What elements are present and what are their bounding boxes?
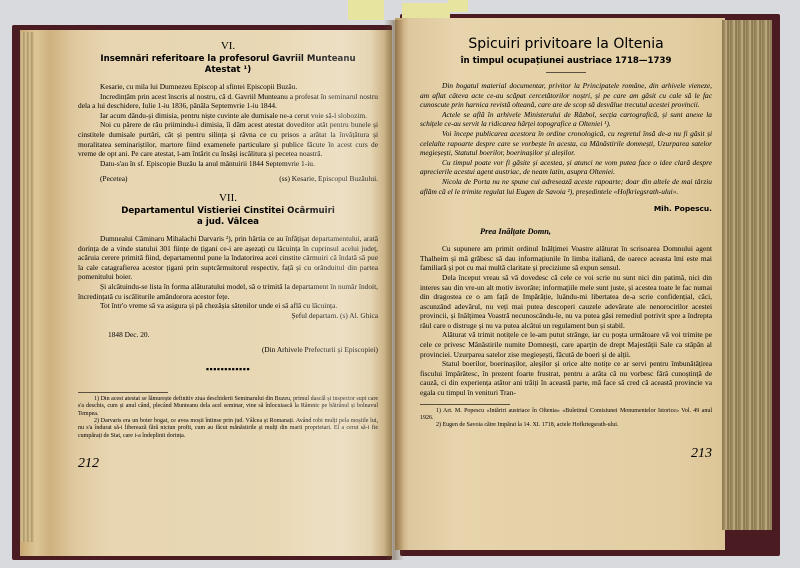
archive-source: (Din Arhivele Prefecturii și Episcopiei): [78, 345, 378, 354]
paragraph: Kesarie, cu mila lui Dumnezeu Episcop al…: [78, 82, 378, 92]
paragraph: Din bogatul material documentar, privito…: [420, 81, 712, 110]
signature: (ss) Kesarie, Episcopul Buzăului.: [279, 174, 378, 184]
paragraph: Dumnealui Căminaru Mihalachi Darvaris ²)…: [78, 234, 378, 282]
title-rule: [546, 72, 586, 73]
page-number: 213: [420, 446, 712, 462]
right-page-content: Spicuiri privitoare la Oltenia în timpul…: [420, 30, 712, 462]
paragraph: Nicola de Porta nu ne spune cui adreseaz…: [420, 177, 712, 196]
salutation: Prea Inălțate Domn,: [420, 227, 712, 236]
paragraph: Și alcătuindu-se lista în forma alăturat…: [78, 282, 378, 301]
footnote: 1) Din acest atestat se lămurește defini…: [78, 396, 378, 418]
date: 1848 Dec. 20.: [78, 330, 378, 339]
section-numeral: VI.: [78, 40, 378, 52]
left-page-edges: [20, 32, 34, 542]
footnote-rule: [420, 404, 510, 405]
paragraph: Noi cu părere de rău priimindu-i dimisia…: [78, 120, 378, 158]
section-title: Departamentul Vistieriei Cinstitei Ocârm…: [78, 206, 378, 228]
left-page-content: VI. Insemnări referitoare la profesorul …: [78, 32, 378, 472]
seal-note: (Pecetea): [100, 174, 128, 184]
page-number: 212: [78, 456, 378, 472]
paragraph: Actele se află în arhivele Ministerului …: [420, 110, 712, 129]
paragraph: Datu-s'au în sf. Episcopie Buzău la anul…: [78, 159, 378, 169]
section-title: Insemnări referitoare la profesorul Gavr…: [78, 54, 378, 76]
paragraph: Voi începe publicarea acestora în ordine…: [420, 129, 712, 158]
paragraph: Cu timpul poate vor fi găsite și acestea…: [420, 158, 712, 177]
section-numeral: VII.: [78, 192, 378, 204]
footnote: 1) Art. M. Popescu «Intăriri austriace î…: [420, 408, 712, 423]
intro: Din bogatul material documentar, privito…: [420, 81, 712, 196]
footnote: 2) Darvaris era un boier bogat, ce avea …: [78, 418, 378, 440]
separator: ▪▪▪▪▪▪▪▪▪▪▪▪: [78, 364, 378, 374]
paragraph: Tot într'o vreme să va asigura și pă che…: [78, 301, 378, 311]
paragraph: Dela început vreau să vă dovedesc că cel…: [420, 273, 712, 331]
paragraph: Iar acum dându-și dimisia, pentru niște …: [78, 111, 378, 121]
signature: Șeful departam. (s) Al. Ghica: [78, 311, 378, 320]
article-title: Spicuiri privitoare la Oltenia: [420, 36, 712, 52]
bookmark-tab-2[interactable]: [402, 3, 450, 19]
signature-line: (Pecetea) (ss) Kesarie, Episcopul Buzăul…: [78, 174, 378, 184]
author: Mih. Popescu.: [420, 204, 712, 213]
right-page-edges: [722, 20, 772, 530]
footnote-rule: [78, 392, 168, 393]
book-gutter: [384, 20, 404, 560]
article-subtitle: în timpul ocupațiunei austriace 1718—173…: [420, 56, 712, 66]
paragraph: Cu supunere am primit ordinul Inălțimei …: [420, 244, 712, 273]
bookmark-tab-1[interactable]: [348, 0, 384, 20]
paragraph: Incredințăm prin acest înscris al nostru…: [78, 92, 378, 111]
footnote: 2) Eugen de Savoia către Impărat la 14. …: [420, 422, 712, 429]
paragraph: Alăturat vă trimit notițele ce le-am put…: [420, 330, 712, 359]
paragraph: Statul boerilor, boerinașilor, aleșilor …: [420, 359, 712, 397]
bookmark-tab-3[interactable]: [448, 0, 468, 12]
